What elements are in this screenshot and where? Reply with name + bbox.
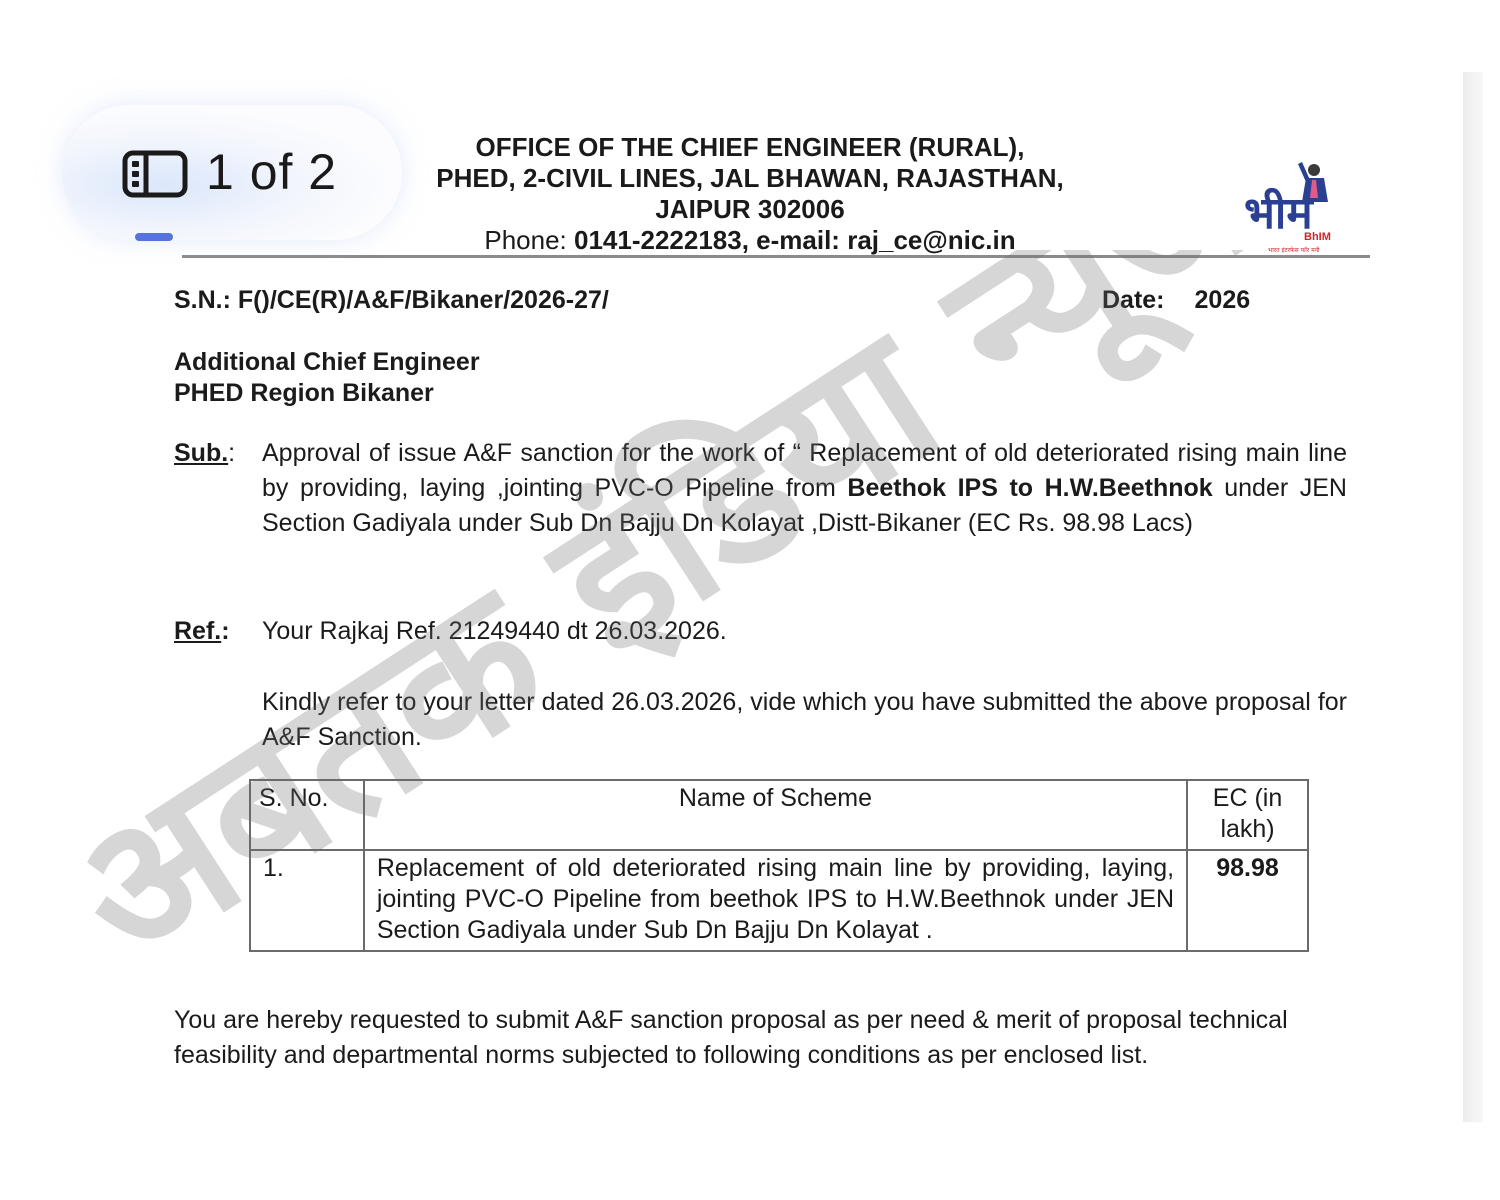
cell-ec-value: 98.98 <box>1187 850 1308 951</box>
addressee-line1: Additional Chief Engineer <box>174 347 480 378</box>
header-ec: EC (in lakh) <box>1187 780 1308 850</box>
intro-paragraph: Kindly refer to your letter dated 26.03.… <box>262 685 1347 755</box>
subject-label: Sub.: <box>174 439 235 468</box>
sidebar-thumbnails-icon[interactable] <box>122 150 188 198</box>
cell-scheme-name: Replacement of old deteriorated rising m… <box>364 850 1187 951</box>
document-viewer: OFFICE OF THE CHIEF ENGINEER (RURAL), PH… <box>0 0 1500 1200</box>
vertical-scrollbar[interactable] <box>1463 72 1483 1122</box>
subject-text: Approval of issue A&F sanction for the w… <box>262 436 1347 541</box>
table-row: 1. Replacement of old deteriorated risin… <box>250 850 1308 951</box>
cell-sno: 1. <box>250 850 364 951</box>
date-value: 2026 <box>1195 286 1251 314</box>
email-label: , e-mail: <box>742 225 847 255</box>
scheme-table: S. No. Name of Scheme EC (in lakh) 1. Re… <box>249 779 1309 952</box>
serial-number-value: F()/CE(R)/A&F/Bikaner/2026-27/ <box>238 286 609 314</box>
bhim-logo-icon: भीम BhIM भारत इंटरफेस फॉर मनी <box>1240 158 1350 258</box>
email-value: raj_ce@nic.in <box>847 225 1015 255</box>
phone-label: Phone: <box>484 225 574 255</box>
reference-label: Ref.: <box>174 617 230 646</box>
svg-text:BhIM: BhIM <box>1304 231 1331 243</box>
addressee-line2: PHED Region Bikaner <box>174 378 480 409</box>
letter-date: Date:2026 <box>1102 286 1250 315</box>
serial-number: S.N.: F()/CE(R)/A&F/Bikaner/2026-27/ <box>174 286 609 315</box>
letterhead-divider <box>182 255 1370 258</box>
letterhead-contact: Phone: 0141-2222183, e-mail: raj_ce@nic.… <box>380 225 1120 255</box>
table-header-row: S. No. Name of Scheme EC (in lakh) <box>250 780 1308 850</box>
page-indicator-text: 1 of 2 <box>206 143 337 201</box>
svg-text:भारत इंटरफेस फॉर मनी: भारत इंटरफेस फॉर मनी <box>1268 246 1320 254</box>
letterhead-line1: OFFICE OF THE CHIEF ENGINEER (RURAL), <box>380 132 1120 163</box>
page-indicator-accent <box>135 233 173 241</box>
reference-text: Your Rajkaj Ref. 21249440 dt 26.03.2026. <box>262 614 1347 649</box>
letterhead-line2: PHED, 2-CIVIL LINES, JAL BHAWAN, RAJASTH… <box>380 163 1120 194</box>
header-scheme-name: Name of Scheme <box>364 780 1187 850</box>
header-sno: S. No. <box>250 780 364 850</box>
letterhead: OFFICE OF THE CHIEF ENGINEER (RURAL), PH… <box>380 132 1120 255</box>
letterhead-line3: JAIPUR 302006 <box>380 194 1120 225</box>
closing-paragraph: You are hereby requested to submit A&F s… <box>174 1003 1354 1073</box>
phone-value: 0141-2222183 <box>574 225 742 255</box>
addressee: Additional Chief Engineer PHED Region Bi… <box>174 347 480 409</box>
subject-bold-location: Beethok IPS to H.W.Beethnok <box>847 474 1212 502</box>
